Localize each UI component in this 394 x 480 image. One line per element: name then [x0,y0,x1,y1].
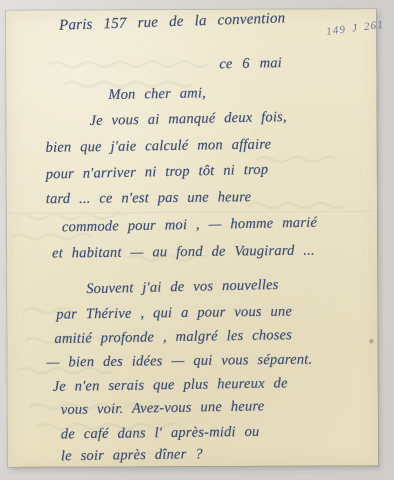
letter-line: par Thérive , qui a pour vous une [56,305,292,323]
letter-line: et habitant — au fond de Vaugirard ... [52,244,315,261]
letter-line: Je n'en serais que plus heureux de [53,376,288,394]
ink-showthrough-ghost [6,9,378,467]
letter-line: Je vous ai manqué deux fois, [89,110,287,128]
letter-line: pour n'arriver ni trop tôt ni trop [46,163,269,182]
letter-line: commode pour moi , — homme marié [62,216,317,235]
archival-reference: 149 J 261 [326,20,385,38]
letter-line: — bien des idées — qui vous séparent. [46,353,312,371]
salutation-line: Mon cher ami, [108,86,206,102]
letter-line: tard ... ce n'est pas une heure [46,190,251,206]
letter-line: amitié profonde , malgré les choses [54,328,292,346]
letter-line: Souvent j'ai de vos nouvelles [86,278,279,297]
letter-line: bien que j'aie calculé mon affaire [46,137,272,155]
date-line: ce 6 mai [219,56,282,72]
scanned-letter-page: Paris 157 rue de la convention 149 J 261… [0,0,394,480]
address-line: Paris 157 rue de la convention [59,11,286,33]
fold-crease [7,211,377,215]
letter-line: le soir après dîner ? [61,447,203,464]
paper-stain [369,339,373,343]
letter-line: de café dans l' après-midi ou [61,425,260,442]
letter-line: vous voir. Avez-vous une heure [61,399,265,417]
letter-paper: Paris 157 rue de la convention 149 J 261… [6,9,378,467]
